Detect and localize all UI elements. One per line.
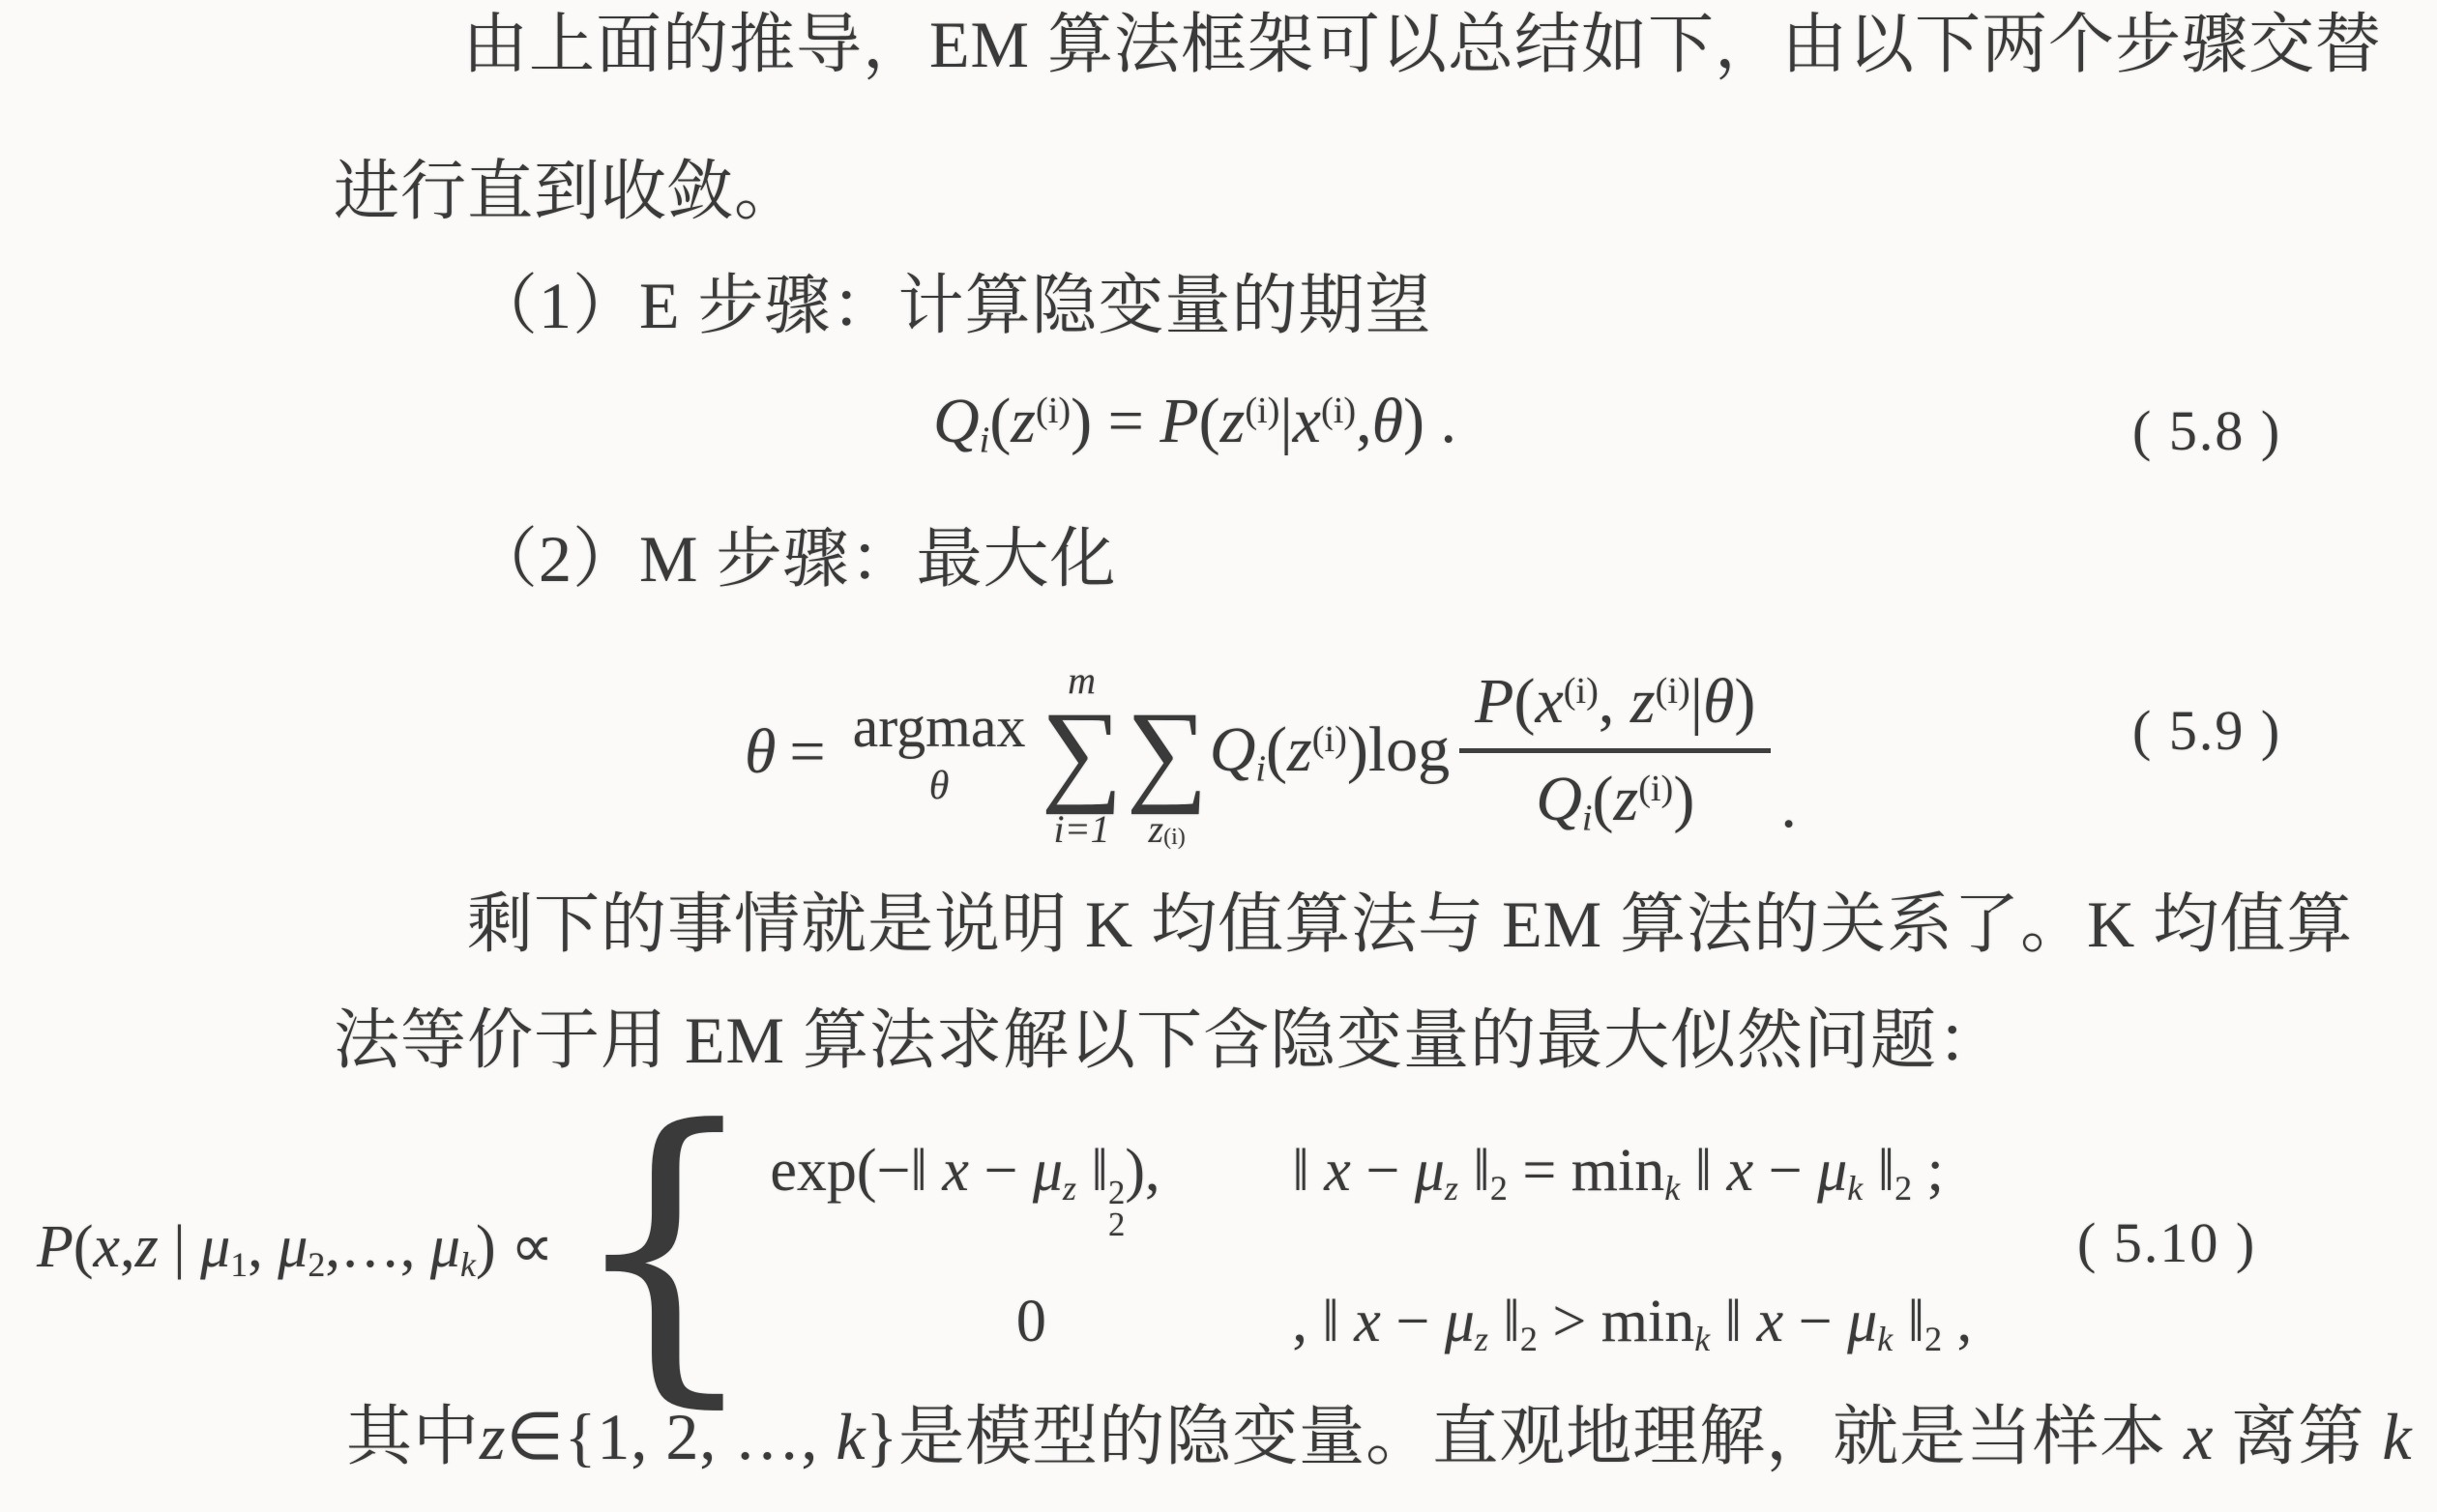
norm-bar: ‖ — [1322, 1289, 1354, 1354]
math-token: (i) — [1638, 769, 1673, 809]
math-token: z — [1630, 666, 1656, 737]
math-token: z — [1063, 1169, 1076, 1207]
math-token: z — [1614, 764, 1639, 834]
math-token: z — [480, 1400, 506, 1473]
math-token: 2 — [1108, 1178, 1125, 1209]
equation-5-8: Qi(z(i)) = P(z(i)|x(i),θ) . — [933, 385, 1456, 462]
sum-over-z: ∑z(i) — [1127, 655, 1208, 850]
norm-bar: ‖ — [1458, 1138, 1490, 1204]
math-token: k — [1694, 1320, 1710, 1358]
math-token: (i) — [1312, 719, 1347, 760]
math-token: , — [1599, 666, 1630, 737]
math-token: P — [1475, 666, 1513, 737]
math-token: Q — [933, 386, 980, 456]
paragraph2-line1: 剩下的事情就是说明 K 均值算法与 EM 算法的关系了。K 均值算 — [467, 886, 2353, 965]
fraction-numerator: P(x(i), z(i)|θ) — [1459, 665, 1771, 753]
paragraph1-line1: 由上面的推导，EM 算法框架可以总结如下，由以下两个步骤交替 — [462, 6, 2382, 85]
math-token: i — [1255, 749, 1266, 790]
min-operator: min — [1571, 1138, 1664, 1204]
math-token: x — [1535, 666, 1563, 737]
text-run: 其中 — [346, 1400, 480, 1473]
mu-symbol: μ — [430, 1214, 460, 1280]
math-token: Q — [1210, 714, 1256, 785]
mu-symbol: μ — [200, 1214, 230, 1280]
math-token: k — [836, 1400, 866, 1473]
mu-symbol: μ — [1415, 1138, 1445, 1204]
math-token: ) — [1673, 764, 1694, 834]
cases-block: exp(−‖ x − μz ‖22), ‖ x − μz ‖2 = mink ‖… — [770, 1137, 1972, 1359]
math-token: ) — [1347, 714, 1368, 785]
case2-condition: , ‖ x − μz ‖2 > mink ‖ x − μk ‖2 , — [1292, 1288, 1972, 1359]
math-token: 2 — [1924, 1320, 1942, 1358]
math-token: x — [1354, 1289, 1381, 1354]
fraction-denominator: Qi(z(i)) — [1536, 753, 1694, 840]
math-token: 2 — [308, 1246, 325, 1285]
norm-sup-sub: 22 — [1108, 1178, 1125, 1241]
math-token: Q — [1536, 764, 1582, 834]
math-token: , — [248, 1214, 278, 1280]
norm-bar: ‖ — [1076, 1138, 1108, 1204]
case1-value: exp(−‖ x − μz ‖22), — [770, 1137, 1292, 1241]
equation-5-10-label: ( 5.10 ) — [2077, 1210, 2256, 1275]
eq510-lhs: P(x,z | μ1, μ2,…, μk) ∝ — [37, 1210, 553, 1285]
math-token: | — [159, 1214, 200, 1280]
math-token: (i) — [1163, 826, 1186, 849]
math-token: , — [120, 1214, 135, 1280]
paragraph3-line: 其中z∈{1, 2, …, k}是模型的隐变量。直观地理解，就是当样本 x 离第… — [346, 1398, 2413, 1477]
case-row-1: exp(−‖ x − μz ‖22), ‖ x − μz ‖2 = mink ‖… — [770, 1137, 1972, 1241]
math-token: z — [1011, 386, 1036, 456]
math-token: = — [1508, 1138, 1571, 1204]
math-token: − — [1381, 1289, 1445, 1354]
q-term: Qi(z(i))log — [1210, 713, 1450, 791]
math-token: x — [94, 1214, 121, 1280]
math-token: k — [2382, 1400, 2412, 1473]
equation-5-9-label: ( 5.9 ) — [2132, 698, 2281, 763]
mu-symbol: μ — [1033, 1138, 1063, 1204]
math-token: k — [1664, 1169, 1680, 1207]
math-token: | — [1690, 666, 1703, 737]
math-token: ( — [1593, 764, 1614, 834]
math-token: , — [1356, 386, 1372, 456]
math-token: x — [2184, 1400, 2214, 1473]
mu-symbol: μ — [1847, 1289, 1877, 1354]
math-token: x — [1757, 1289, 1784, 1354]
math-token: ), — [1125, 1138, 1160, 1204]
norm-bar: ‖ — [1863, 1138, 1894, 1204]
norm-bar: ‖ — [1292, 1138, 1324, 1204]
math-token: ( — [989, 386, 1011, 456]
cases-brace: { — [569, 1120, 761, 1376]
math-token: ) — [1734, 666, 1755, 737]
math-token: z — [1475, 1320, 1488, 1358]
math-token: x — [1293, 386, 1321, 456]
argmax-operator: argmaxθ — [853, 698, 1026, 806]
math-token: 2 — [1490, 1169, 1508, 1207]
norm-bar: ‖ — [1710, 1289, 1756, 1354]
log-operator: log — [1368, 714, 1450, 785]
math-token: > — [1538, 1289, 1601, 1354]
math-token: 2 — [1108, 1209, 1125, 1241]
mu-symbol: μ — [278, 1214, 308, 1280]
math-token: i — [1582, 798, 1593, 838]
math-token: z — [1149, 810, 1164, 849]
sum-lower-limit: z(i) — [1149, 804, 1186, 849]
math-token: 0 — [1016, 1289, 1046, 1354]
math-token: ( — [1266, 714, 1287, 785]
sum-over-i: m∑i=1 — [1041, 655, 1122, 850]
math-token: (i) — [1245, 391, 1279, 431]
math-token: (i) — [1321, 391, 1356, 431]
m-step-heading: （2）M 步骤：最大化 — [472, 520, 1116, 599]
mu-symbol: μ — [1445, 1289, 1475, 1354]
math-token: , — [1292, 1289, 1322, 1354]
math-token: k — [1877, 1320, 1893, 1358]
period: . — [1780, 770, 1797, 887]
math-token: ) = — [1071, 386, 1160, 456]
norm-bar: ‖ — [911, 1138, 943, 1204]
e-step-heading: （1）E 步骤：计算隐变量的期望 — [472, 267, 1432, 346]
equation-5-10: P(x,z | μ1, μ2,…, μk) ∝{exp(−‖ x − μz ‖2… — [37, 1108, 1972, 1388]
min-operator: min — [1601, 1289, 1694, 1354]
math-token: x — [1324, 1138, 1351, 1204]
math-token: z — [1445, 1169, 1458, 1207]
math-token: P — [37, 1214, 73, 1280]
norm-bar: ‖ — [1680, 1138, 1726, 1204]
math-token: 2 — [1520, 1320, 1538, 1358]
mu-symbol: μ — [1817, 1138, 1847, 1204]
math-token: ; — [1912, 1138, 1944, 1204]
math-token: z — [135, 1214, 159, 1280]
book-page: 由上面的推导，EM 算法框架可以总结如下，由以下两个步骤交替 进行直到收敛。 （… — [0, 0, 2437, 1512]
math-token: − — [1783, 1289, 1847, 1354]
math-token: k — [460, 1246, 476, 1285]
proportional-symbol: ∝ — [511, 1214, 553, 1280]
theta-symbol: θ — [1372, 386, 1403, 456]
math-token: x — [942, 1138, 969, 1204]
math-token: − — [1753, 1138, 1817, 1204]
math-token: | — [1279, 386, 1292, 456]
math-token: i — [980, 421, 990, 461]
case2-value: 0 — [770, 1288, 1292, 1356]
math-token: , — [1942, 1289, 1972, 1354]
math-token: z — [1287, 714, 1312, 785]
norm-bar: ‖ — [1488, 1289, 1520, 1354]
math-token: ,…, — [325, 1214, 430, 1280]
text-run: 离第 — [2214, 1400, 2382, 1473]
math-token: P — [1160, 386, 1198, 456]
math-token: ∈{1, 2, …, — [506, 1400, 836, 1473]
math-token: ) — [476, 1214, 511, 1280]
math-token: ( — [1199, 386, 1220, 456]
norm-bar: ‖ — [1893, 1289, 1924, 1354]
theta-symbol: θ — [1703, 666, 1734, 737]
math-token: 1 — [230, 1246, 248, 1285]
math-token: (i) — [1564, 671, 1599, 712]
case-row-2: 0, ‖ x − μz ‖2 > mink ‖ x − μk ‖2 , — [770, 1288, 1972, 1359]
sigma-symbol: ∑ — [1041, 700, 1122, 805]
fraction: P(x(i), z(i)|θ)Qi(z(i)) — [1459, 665, 1771, 840]
math-token: ( — [73, 1214, 94, 1280]
math-token: − — [1351, 1138, 1415, 1204]
equation-5-9: θ=argmaxθm∑i=1∑z(i)Qi(z(i))logP(x(i), z(… — [745, 617, 1797, 887]
paragraph1-line2: 进行直到收敛。 — [334, 153, 801, 232]
sigma-symbol: ∑ — [1127, 700, 1208, 805]
math-token: 2 — [1894, 1169, 1912, 1207]
math-token: exp(− — [770, 1138, 910, 1204]
math-token: x — [1727, 1138, 1754, 1204]
math-token: ) . — [1403, 386, 1456, 456]
equation-5-8-label: ( 5.8 ) — [2132, 398, 2281, 463]
equals-sign: = — [789, 715, 825, 789]
math-token: k — [1847, 1169, 1863, 1207]
math-token: − — [969, 1138, 1033, 1204]
math-token: z — [1220, 386, 1246, 456]
text-run: }是模型的隐变量。直观地理解，就是当样本 — [866, 1400, 2185, 1473]
sum-lower-limit: i=1 — [1053, 804, 1109, 849]
case1-condition: ‖ x − μz ‖2 = mink ‖ x − μk ‖2 ; — [1292, 1137, 1944, 1208]
math-token: ( — [1514, 666, 1536, 737]
math-token: (i) — [1036, 391, 1071, 431]
math-token: θ — [929, 766, 950, 806]
math-token: (i) — [1656, 671, 1690, 712]
math-token: argmax — [853, 698, 1026, 756]
theta-symbol: θ — [745, 715, 776, 789]
